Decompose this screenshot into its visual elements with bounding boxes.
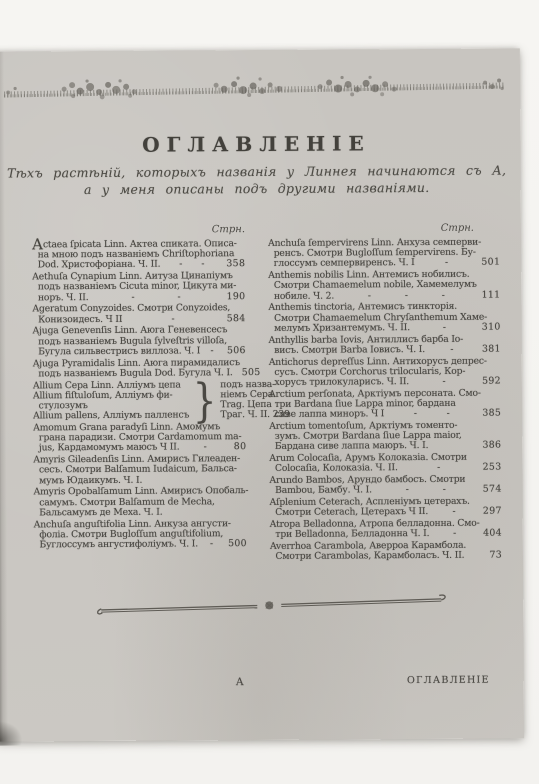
index-entry: Anchuſa ſempervirens Linn. Анхуза семпер… [268, 238, 500, 270]
index-entry: Arctium perſonata, Арктіумъ персоната. С… [269, 388, 501, 420]
leader-dash: - [453, 529, 456, 539]
leader-dash: - [179, 260, 182, 270]
index-entry: Amyris Opobalſamum Linn. Амирисъ Опобаль… [34, 486, 247, 518]
page-number: 574 [483, 485, 502, 495]
subtitle-line-1: Тѣхъ растѣній, которыхъ названія у Линне… [0, 161, 521, 181]
entry-tail-row: Буглоссумъ ангустифоліумъ. Ч. I.-500 [34, 539, 247, 551]
entry-line: три Belladonna, Белладонна Ч. I. [270, 529, 430, 540]
index-entry: Arundo Bambos, Арундо бамбосъ. Смотри Ba… [269, 475, 501, 497]
index-entry: Anthemis tinctoria, Антемисъ тинкторія. … [268, 302, 500, 334]
page-number: 381 [482, 344, 501, 354]
leader-dash: - [405, 291, 408, 301]
page-number: 404 [483, 529, 502, 539]
entry-tail-row: Бугула сильвестрисъ виллоза. Ч. I-506 [33, 346, 246, 358]
entry-line: Смотри Ceterach, Цетерахъ Ч II. [270, 507, 429, 518]
dash-leader: -- [372, 485, 480, 496]
dash-leader: -- [384, 409, 479, 420]
index-entry: Actaea ſpicata Linn. Актеа спиката. Опис… [32, 239, 245, 271]
index-entry: Allium Cepa Linn. Алліумъ цепаAllium fiſ… [33, 380, 246, 422]
dash-leader: - [179, 443, 230, 454]
page-number: 190 [227, 292, 246, 302]
leader-dash: - [450, 345, 453, 355]
dash-leader: - [398, 463, 480, 474]
entry-tail-row: висъ. Смотри Barba Іовисъ. Ч. I.-381 [269, 344, 501, 356]
index-entry: Ajuga Genevenſis Linn. Аюга Геневенсесъ … [33, 325, 246, 357]
dash-leader: - [200, 346, 224, 356]
column-header-pages-right: Стрн. [268, 223, 500, 235]
page-number: 506 [227, 346, 246, 356]
index-entry: Anthemis nobilis Linn. Антемисъ нобилисъ… [268, 270, 500, 302]
dash-leader: - [425, 344, 479, 355]
column-header-pages-left: Стрн. [32, 224, 245, 236]
index-column-left: Стрн. Actaea ſpicata Linn. Актеа спиката… [32, 224, 247, 566]
entry-tail-row: Смотри Carambolas, Карамболасъ. Ч. II.73 [270, 551, 502, 563]
scanned-book-page: ОГЛАВЛЕНІЕ Тѣхъ растѣній, которыхъ назва… [0, 0, 539, 784]
index-entry: Aethuſa Cynapium Linn. Аитуза Цинапіумъ … [32, 271, 245, 303]
entry-line: Буглоссумъ ангустифоліумъ. Ч. I. [34, 539, 198, 550]
page-number: 80 [234, 442, 247, 452]
leader-dash: - [210, 539, 213, 549]
entry-line: Бардана сиве лаппа маюръ. Ч. I. [269, 441, 428, 452]
index-entry: Arum Colocaſia, Арумъ Колоказіа. Смотри … [269, 453, 501, 475]
page-number: 310 [482, 322, 501, 332]
entry-tail-row: три Belladonna, Белладонна Ч. I.-404 [270, 529, 502, 541]
dash-leader: -- [160, 260, 223, 271]
index-entry: Atropa Belladonna, Атропа белладонна. См… [270, 519, 502, 541]
entry-brace-group: Allium Cepa Linn. Алліумъ цепаAllium fiſ… [33, 380, 246, 422]
brace-icon: } [193, 380, 217, 420]
entry-line: Dod. Христофоріана. Ч. II. [32, 260, 160, 271]
leader-dash: - [443, 323, 446, 333]
index-entry: Amyris Gileadenſis Linn. Амирисъ Гилеаде… [33, 454, 246, 486]
index-column-right: Стрн. Anchuſa ſempervirens Linn. Анхуза … [268, 223, 502, 565]
page-title: ОГЛАВЛЕНІЕ [0, 130, 521, 157]
dash-leader: --- [334, 290, 479, 301]
leader-dash: - [177, 292, 180, 302]
entry-line: Allium pallens, Алліумъ палленсъ [33, 411, 189, 422]
scan-corner-smudge [0, 719, 24, 745]
index-entry: Anthyllis barba Iovis, Антиллисъ барба І… [269, 334, 501, 356]
index-entry: Ageratum Conyzoides. Смотри Conyzoides, … [32, 303, 245, 325]
leader-dash: - [131, 292, 134, 302]
entry-line: глоссумъ семпервиренсъ. Ч. I [268, 258, 415, 269]
index-entry: Averrhoa Carambola, Аверроа Карамбола. С… [270, 541, 502, 563]
subtitle-line-2: а у меня описаны подъ другими названіями… [0, 178, 521, 198]
leader-dash: - [437, 463, 440, 473]
entry-line: Бугула сильвестрисъ виллоза. Ч. I [33, 346, 201, 357]
page-subtitle: Тѣхъ растѣній, которыхъ названія у Линне… [0, 161, 521, 198]
page-number: 385 [482, 409, 501, 419]
leader-dash: - [447, 409, 450, 419]
dash-leader: - [410, 322, 479, 333]
leader-dash: - [443, 377, 446, 387]
dash-leader: - [415, 258, 479, 269]
leader-dash: - [442, 290, 445, 300]
book-page: ОГЛАВЛЕНІЕ Тѣхъ растѣній, которыхъ назва… [0, 48, 524, 741]
leader-dash: - [445, 258, 448, 268]
page-footer: А ОГЛАВЛЕНІЕ [0, 674, 524, 693]
entry-line: норъ. Ч. II. [32, 293, 88, 304]
leader-dash: - [368, 291, 371, 301]
brace-left-lines: Allium Cepa Linn. Алліумъ цепаAllium fiſ… [33, 380, 189, 422]
index-entry: Antichorus depreſſus Linn. Антихорусъ де… [269, 356, 501, 388]
entry-line: сиве лаппа миноръ. Ч I [269, 409, 384, 420]
page-number: 253 [483, 463, 502, 473]
dash-leader: - [409, 377, 479, 388]
entry-list-left: Actaea ſpicata Linn. Актеа спиката. Опис… [32, 239, 247, 552]
running-title: ОГЛАВЛЕНІЕ [407, 675, 490, 687]
entry-line: Colocaſia, Колоказіа. Ч. II. [269, 464, 397, 475]
entry-line: Конизоидесъ. Ч II [33, 314, 123, 325]
entry-line: хорусъ трилокуларисъ. Ч. II. [269, 377, 409, 388]
dash-leader: -- [88, 292, 223, 303]
entry-line: Bambou, Бамбу. Ч. I. [270, 486, 372, 497]
entry-line: Смотри Carambolas, Карамболасъ. Ч. II. [270, 551, 465, 562]
page-number: 501 [481, 258, 500, 268]
tailpiece-rule-ornament [93, 593, 451, 621]
leader-dash: - [171, 314, 174, 324]
page-number: 592 [482, 377, 501, 387]
leader-dash: - [210, 346, 213, 356]
page-number: 358 [226, 259, 245, 269]
entry-line: мелумъ Хризантемумъ. Ч. II. [269, 323, 410, 334]
signature-mark: А [236, 676, 245, 688]
dash-leader: - [122, 314, 223, 325]
leader-dash: - [414, 409, 417, 419]
entry-line: висъ. Смотри Barba Іовисъ. Ч. I. [269, 345, 425, 356]
dash-leader: - [428, 507, 480, 518]
leader-dash: - [406, 486, 409, 496]
dash-leader: - [198, 539, 225, 549]
index-entry: Aſplenium Ceterach, Аспленіумъ цетерахъ.… [270, 497, 502, 519]
index-entry: Arctium tomentoſum, Арктіумъ томенто- зу… [269, 421, 501, 453]
leader-dash: - [452, 507, 455, 517]
leader-dash: - [204, 443, 207, 453]
page-number: 505 [242, 368, 261, 378]
entry-line: Бальсамумъ де Меха. Ч. I. [34, 507, 247, 519]
entry-tail-row: сиве лаппа миноръ. Ч I--385 [269, 409, 501, 421]
page-number: 111 [482, 290, 501, 300]
page-number: 386 [482, 441, 501, 451]
floral-garland-ornament [2, 70, 508, 107]
index-entry: Anchuſa anguſtifolia Linn. Анкуза ангуст… [34, 519, 247, 551]
page-number: 500 [228, 539, 247, 549]
entry-tail-row: Dod. Христофоріана. Ч. II.--358 [32, 259, 245, 271]
page-number: 297 [483, 507, 502, 517]
page-number: 73 [489, 551, 502, 561]
entry-tail-row: Colocaſia, Колоказіа. Ч. II.-253 [269, 463, 501, 475]
entry-line: jus, Кардамомумъ маюсъ Ч II. [33, 443, 179, 454]
entry-tail-row: хорусъ трилокуларисъ. Ч. II.-592 [269, 377, 501, 389]
entry-line: нобиле. Ч. 2. [268, 291, 334, 302]
leader-dash: - [201, 260, 204, 270]
index-columns: Стрн. Actaea ſpicata Linn. Актеа спиката… [32, 223, 502, 566]
leader-dash: - [443, 485, 446, 495]
entry-list-right: Anchuſa ſempervirens Linn. Анхуза семпер… [268, 238, 502, 565]
entry-tail-row: мелумъ Хризантемумъ. Ч. II.-310 [269, 322, 501, 334]
dash-leader: - [429, 529, 480, 540]
entry-tail-row: нобиле. Ч. 2.---111 [268, 290, 500, 302]
page-number: 584 [227, 314, 246, 324]
